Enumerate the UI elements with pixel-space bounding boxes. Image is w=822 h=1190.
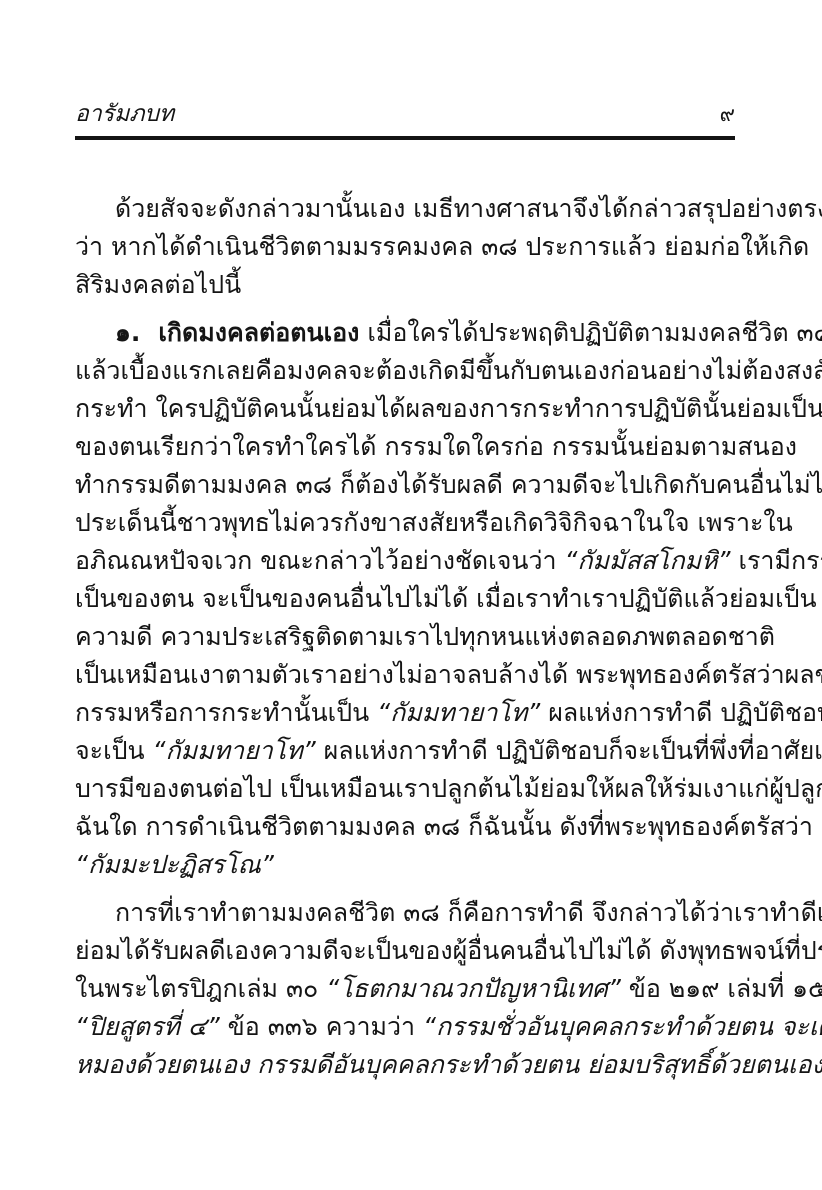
text-line: กระทำ ใครปฏิบัติคนนั้นย่อมได้ผลของการกระ… bbox=[75, 390, 735, 428]
text-run: ในพระไตรปิฎกเล่ม ๓๐ bbox=[75, 974, 326, 1003]
text-line: ทำกรรมดีตามมงคล ๓๘ ก็ต้องได้รับผลดี ความ… bbox=[75, 466, 735, 504]
text-run: “กัมมัสสโกมหิ” bbox=[564, 546, 730, 575]
book-page: อารัมภบท ๙ ด้วยสัจจะดังกล่าวมานั้นเอง เม… bbox=[0, 0, 822, 1190]
text-line: การที่เราทำตามมงคลชีวิต ๓๘ ก็คือการทำดี … bbox=[75, 894, 735, 932]
page-content: อารัมภบท ๙ ด้วยสัจจะดังกล่าวมานั้นเอง เม… bbox=[75, 100, 735, 1094]
text-line: จะเป็น “กัมมทายาโท” ผลแห่งการทำดี ปฏิบัต… bbox=[75, 732, 735, 770]
text-line: ๑.เกิดมงคลต่อตนเอง เมื่อใครได้ประพฤติปฏิ… bbox=[75, 314, 735, 352]
text-line: ว่า หากได้ดำเนินชีวิตตามมรรคมงคล ๓๘ ประก… bbox=[75, 228, 735, 266]
text-run: ว่า หากได้ดำเนินชีวิตตามมรรคมงคล ๓๘ ประก… bbox=[75, 232, 809, 261]
text-run: ประเด็นนี้ชาวพุทธไม่ควรกังขาสงสัยหรือเกิ… bbox=[75, 508, 793, 537]
text-run: “กัมมทายาโท” bbox=[153, 736, 316, 765]
text-line: สิริมงคลต่อไปนี้ bbox=[75, 266, 735, 304]
chapter-title: อารัมภบท bbox=[75, 100, 174, 128]
text-run: บารมีของตนต่อไป เป็นเหมือนเราปลูกต้นไม้ย… bbox=[75, 774, 822, 803]
paragraph: ๑.เกิดมงคลต่อตนเอง เมื่อใครได้ประพฤติปฏิ… bbox=[75, 314, 735, 884]
paragraph: การที่เราทำตามมงคลชีวิต ๓๘ ก็คือการทำดี … bbox=[75, 894, 735, 1084]
text-run: ข้อ ๓๓๖ ความว่า bbox=[220, 1012, 423, 1041]
text-line: เป็นเหมือนเงาตามตัวเราอย่างไม่อาจลบล้างไ… bbox=[75, 656, 735, 694]
text-line: แล้วเบื้องแรกเลยคือมงคลจะต้องเกิดมีขึ้นก… bbox=[75, 352, 735, 390]
text-line: ความดี ความประเสริฐติดตามเราไปทุกหนแห่งต… bbox=[75, 618, 735, 656]
text-line: ของตนเรียกว่าใครทำใครได้ กรรมใดใครก่อ กร… bbox=[75, 428, 735, 466]
text-run: เกิดมงคลต่อตนเอง bbox=[158, 318, 359, 347]
text-line: ฉันใด การดำเนินชีวิตตามมงคล ๓๘ ก็ฉันนั้น… bbox=[75, 808, 735, 846]
text-line: อภิณณหปัจจเวก ขณะกล่าวไว้อย่างชัดเจนว่า … bbox=[75, 542, 735, 580]
text-run: เมื่อใครได้ประพฤติปฏิบัติตามมงคลชีวิต ๓๘ bbox=[359, 318, 822, 347]
text-run: “ปิยสูตรที่ ๔” bbox=[75, 1012, 220, 1041]
paragraph: ด้วยสัจจะดังกล่าวมานั้นเอง เมธีทางศาสนาจ… bbox=[75, 190, 735, 304]
text-run: ผลแห่งการทำดี ปฏิบัติชอบก็ bbox=[540, 698, 822, 727]
text-run: ทำกรรมดีตามมงคล ๓๘ ก็ต้องได้รับผลดี ความ… bbox=[75, 470, 822, 499]
text-run: กระทำ ใครปฏิบัติคนนั้นย่อมได้ผลของการกระ… bbox=[75, 394, 822, 423]
text-run: ฉันใด การดำเนินชีวิตตามมงคล ๓๘ ก็ฉันนั้น… bbox=[75, 812, 813, 841]
text-line: ด้วยสัจจะดังกล่าวมานั้นเอง เมธีทางศาสนาจ… bbox=[75, 190, 735, 228]
text-run: สิริมงคลต่อไปนี้ bbox=[75, 270, 241, 299]
body-text: ด้วยสัจจะดังกล่าวมานั้นเอง เมธีทางศาสนาจ… bbox=[75, 190, 735, 1084]
text-run: เป็นเหมือนเงาตามตัวเราอย่างไม่อาจลบล้างไ… bbox=[75, 660, 822, 689]
text-run: ข้อ ๒๑๙ เล่มที่ ๑๕ bbox=[621, 974, 822, 1003]
text-run: ๑. bbox=[115, 318, 140, 347]
text-run: เรามีกรรม bbox=[731, 546, 822, 575]
text-run: “กรรมชั่วอันบุคคลกระทำด้วยตน จะเศร้า bbox=[423, 1012, 822, 1041]
text-line: หมองด้วยตนเอง กรรมดีอันบุคคลกระทำด้วยตน … bbox=[75, 1046, 735, 1084]
text-run: “กัมมะปะฏิสรโณ” bbox=[75, 850, 274, 879]
text-run: ด้วยสัจจะดังกล่าวมานั้นเอง เมธีทางศาสนาจ… bbox=[115, 194, 822, 223]
running-header: อารัมภบท ๙ bbox=[75, 100, 735, 128]
page-number: ๙ bbox=[720, 100, 735, 128]
header-rule bbox=[75, 136, 735, 140]
text-run: ความดี ความประเสริฐติดตามเราไปทุกหนแห่งต… bbox=[75, 622, 775, 651]
text-run: ย่อมได้รับผลดีเองความดีจะเป็นของผู้อื่นค… bbox=[75, 936, 822, 965]
text-run: “โธตกมาณวกปัญหานิเทศ” bbox=[326, 974, 621, 1003]
text-run: กรรมหรือการกระทำนั้นเป็น bbox=[75, 698, 377, 727]
text-run: ผลแห่งการทำดี ปฏิบัติชอบก็จะเป็นที่พึ่งท… bbox=[316, 736, 822, 765]
text-line: กรรมหรือการกระทำนั้นเป็น “กัมมทายาโท” ผล… bbox=[75, 694, 735, 732]
text-run: หมองด้วยตนเอง กรรมดีอันบุคคลกระทำด้วยตน … bbox=[75, 1050, 822, 1079]
text-run: การที่เราทำตามมงคลชีวิต ๓๘ ก็คือการทำดี … bbox=[115, 898, 822, 927]
text-line: ย่อมได้รับผลดีเองความดีจะเป็นของผู้อื่นค… bbox=[75, 932, 735, 970]
text-line: บารมีของตนต่อไป เป็นเหมือนเราปลูกต้นไม้ย… bbox=[75, 770, 735, 808]
text-run: แล้วเบื้องแรกเลยคือมงคลจะต้องเกิดมีขึ้นก… bbox=[75, 356, 822, 385]
text-run: อภิณณหปัจจเวก ขณะกล่าวไว้อย่างชัดเจนว่า bbox=[75, 546, 564, 575]
text-run: จะเป็น bbox=[75, 736, 153, 765]
text-line: “กัมมะปะฏิสรโณ” bbox=[75, 846, 735, 884]
text-line: “ปิยสูตรที่ ๔” ข้อ ๓๓๖ ความว่า “กรรมชั่ว… bbox=[75, 1008, 735, 1046]
text-run: เป็นของตน จะเป็นของคนอื่นไปไม่ได้ เมื่อเ… bbox=[75, 584, 817, 613]
text-run: “กัมมทายาโท” bbox=[377, 698, 540, 727]
text-line: ในพระไตรปิฎกเล่ม ๓๐ “โธตกมาณวกปัญหานิเทศ… bbox=[75, 970, 735, 1008]
text-line: เป็นของตน จะเป็นของคนอื่นไปไม่ได้ เมื่อเ… bbox=[75, 580, 735, 618]
text-run: ของตนเรียกว่าใครทำใครได้ กรรมใดใครก่อ กร… bbox=[75, 432, 797, 461]
text-line: ประเด็นนี้ชาวพุทธไม่ควรกังขาสงสัยหรือเกิ… bbox=[75, 504, 735, 542]
